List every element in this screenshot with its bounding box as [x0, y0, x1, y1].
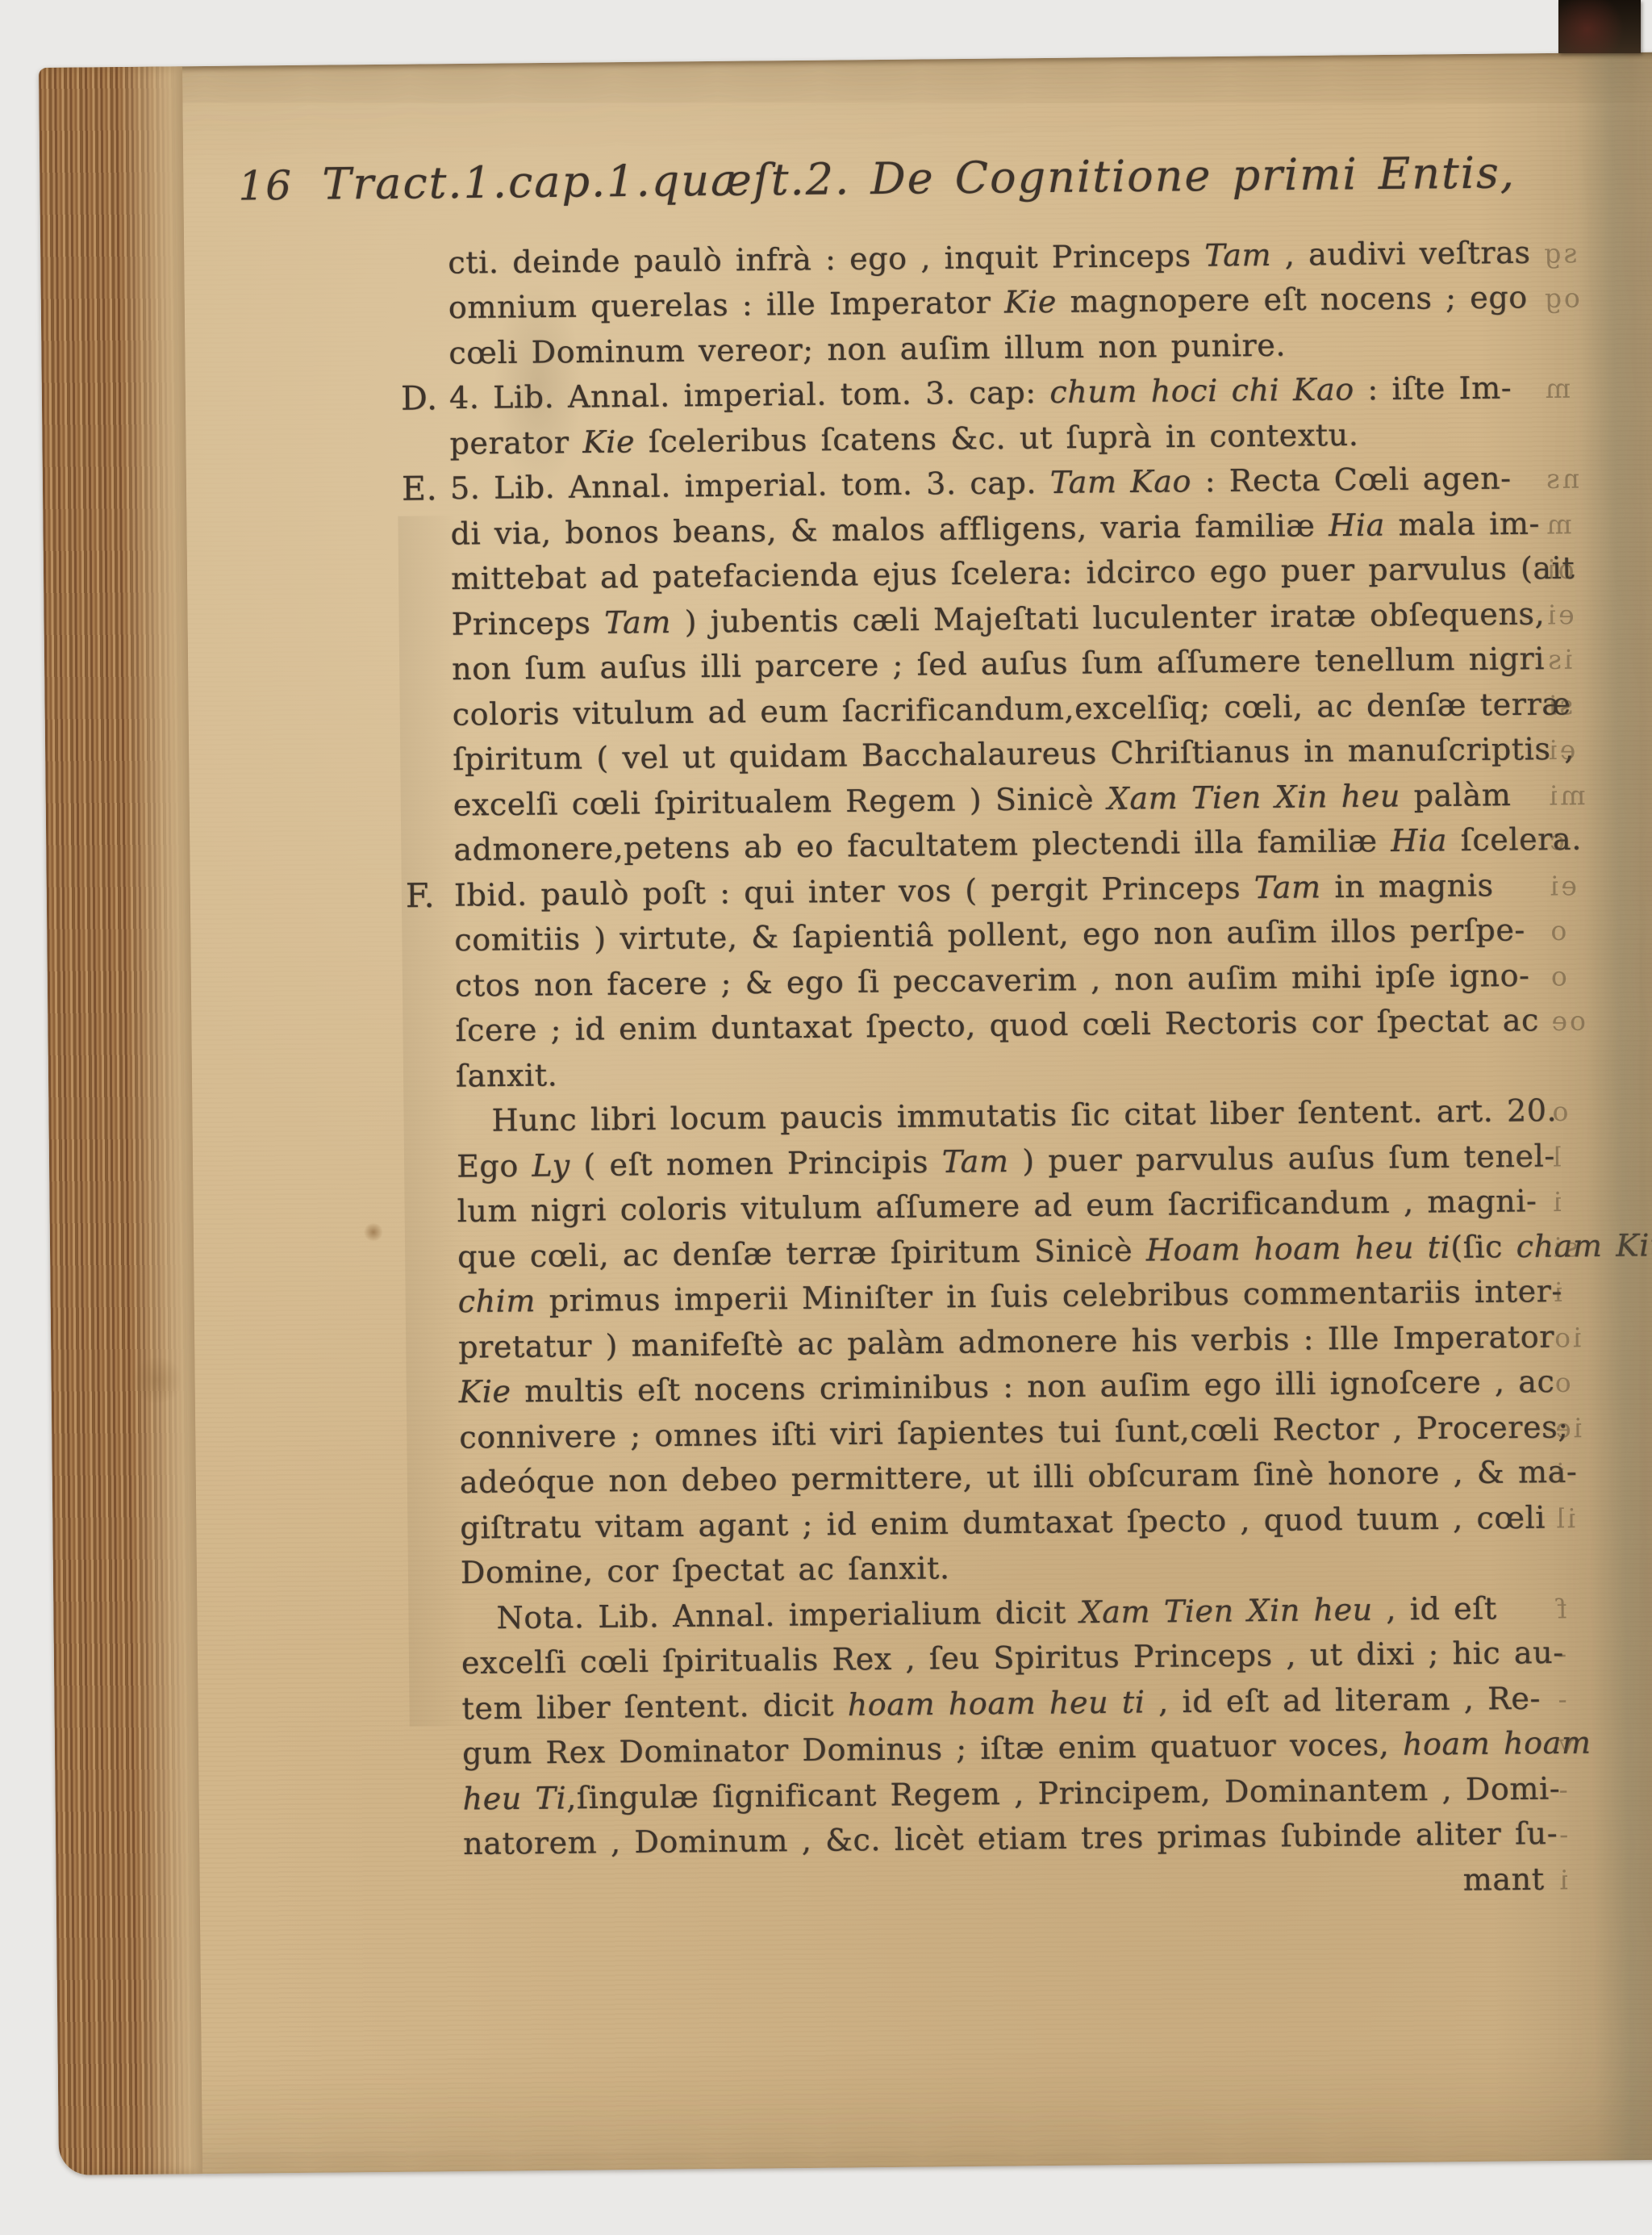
right-edge-shadow [1475, 52, 1652, 2161]
text-run: ſceleribus ſcatens &c. ut ſuprà in conte… [635, 417, 1359, 460]
text-run: , id eſt [1373, 1590, 1497, 1627]
italic-term: Tam [1204, 237, 1271, 274]
paper-stain [363, 1223, 384, 1241]
italic-term: Xam Tien Xin heu [1108, 778, 1401, 816]
italic-term: hoam hoam heu ti [847, 1684, 1145, 1723]
text-run: : Recta Cœli agen- [1191, 461, 1512, 499]
text-run: perator [449, 424, 582, 462]
text-run: cti. deinde paulò infrà : ego , inquit P… [448, 238, 1204, 281]
text-run: ) jubentis cæli Majeſtati luculenter ira… [671, 596, 1546, 640]
text-run: cœli Dominum vereor; non auſim illum non… [448, 328, 1286, 371]
italic-term: Kie [459, 1373, 511, 1410]
italic-term: Tam [604, 604, 671, 641]
catchword-line: manti [463, 1861, 1554, 1917]
text-run: , id eſt ad literam , Re- [1145, 1681, 1541, 1720]
scanner-background: { "header": { "page_number": "16", "titl… [0, 0, 1652, 2235]
running-title: Tract.1.cap.1.quæſt.2. De Cognitione pri… [322, 147, 1516, 209]
italic-term: Kie [582, 424, 635, 460]
text-run: Ibid. paulò poſt : qui inter vos ( pergi… [454, 870, 1254, 913]
section-label: D. [401, 378, 438, 417]
book-page: 16Tract.1.cap.1.quæſt.2. De Cognitione p… [39, 52, 1652, 2174]
text-run: 5. Lib. Annal. imperial. tom. 3. cap. [450, 465, 1050, 506]
italic-term: Xam Tien Xin heu [1079, 1592, 1373, 1630]
running-header: 16Tract.1.cap.1.quæſt.2. De Cognitione p… [238, 147, 1578, 211]
text-run: omnium querelas : ille Imperator [448, 285, 1005, 326]
text-run: Ego [457, 1148, 532, 1184]
italic-term: Hia [1391, 822, 1447, 858]
text-run: di via, bonos beans, & malos affligens, … [450, 508, 1329, 551]
italic-term: heu Ti [462, 1780, 566, 1816]
text-run: Princeps [451, 605, 604, 642]
italic-term: Hia [1329, 508, 1385, 544]
page-number: 16 [238, 162, 323, 210]
italic-term: Ly [532, 1147, 570, 1183]
book-clamp [1558, 0, 1641, 53]
text-run: Domine, cor ſpectat ac ſanxit. [461, 1550, 950, 1590]
text-run: in magnis [1320, 867, 1493, 904]
text-run: Nota. Lib. Annal. imperialium dicit [496, 1594, 1080, 1636]
text-run: que cœli, ac denſæ terræ ſpiritum Sinicè [457, 1232, 1146, 1274]
italic-term: Tam [941, 1143, 1008, 1180]
text-run: excelſi cœli ſpiritualem Regem ) Sinicè [453, 781, 1108, 823]
body-text: cti. deinde paulò infrà : ego , inquit P… [448, 234, 1554, 1916]
text-run: magnopere eſt nocens ; ego [1057, 279, 1528, 320]
italic-term: chum hoci chi Kao [1049, 371, 1354, 410]
text-run: tem liber ſentent. dicit [461, 1687, 848, 1727]
italic-term: chim [457, 1283, 536, 1319]
section-label: F. [406, 876, 436, 915]
text-run: ( eſt nomen Principis [570, 1144, 942, 1183]
text-run: ) puer parvulus auſus ſum tenel- [1008, 1138, 1555, 1179]
text-run: 4. Lib. Annal. imperial. tom. 3. cap: [449, 374, 1050, 416]
text-run: ſanxit. [456, 1057, 558, 1093]
italic-term: Kie [1004, 284, 1057, 320]
italic-term: Tam [1254, 869, 1321, 905]
section-label: E. [402, 469, 438, 508]
italic-term: Hoam hoam heu ti [1146, 1230, 1451, 1268]
italic-term: Tam Kao [1050, 463, 1192, 500]
fore-edge-page-stack [39, 66, 202, 2175]
